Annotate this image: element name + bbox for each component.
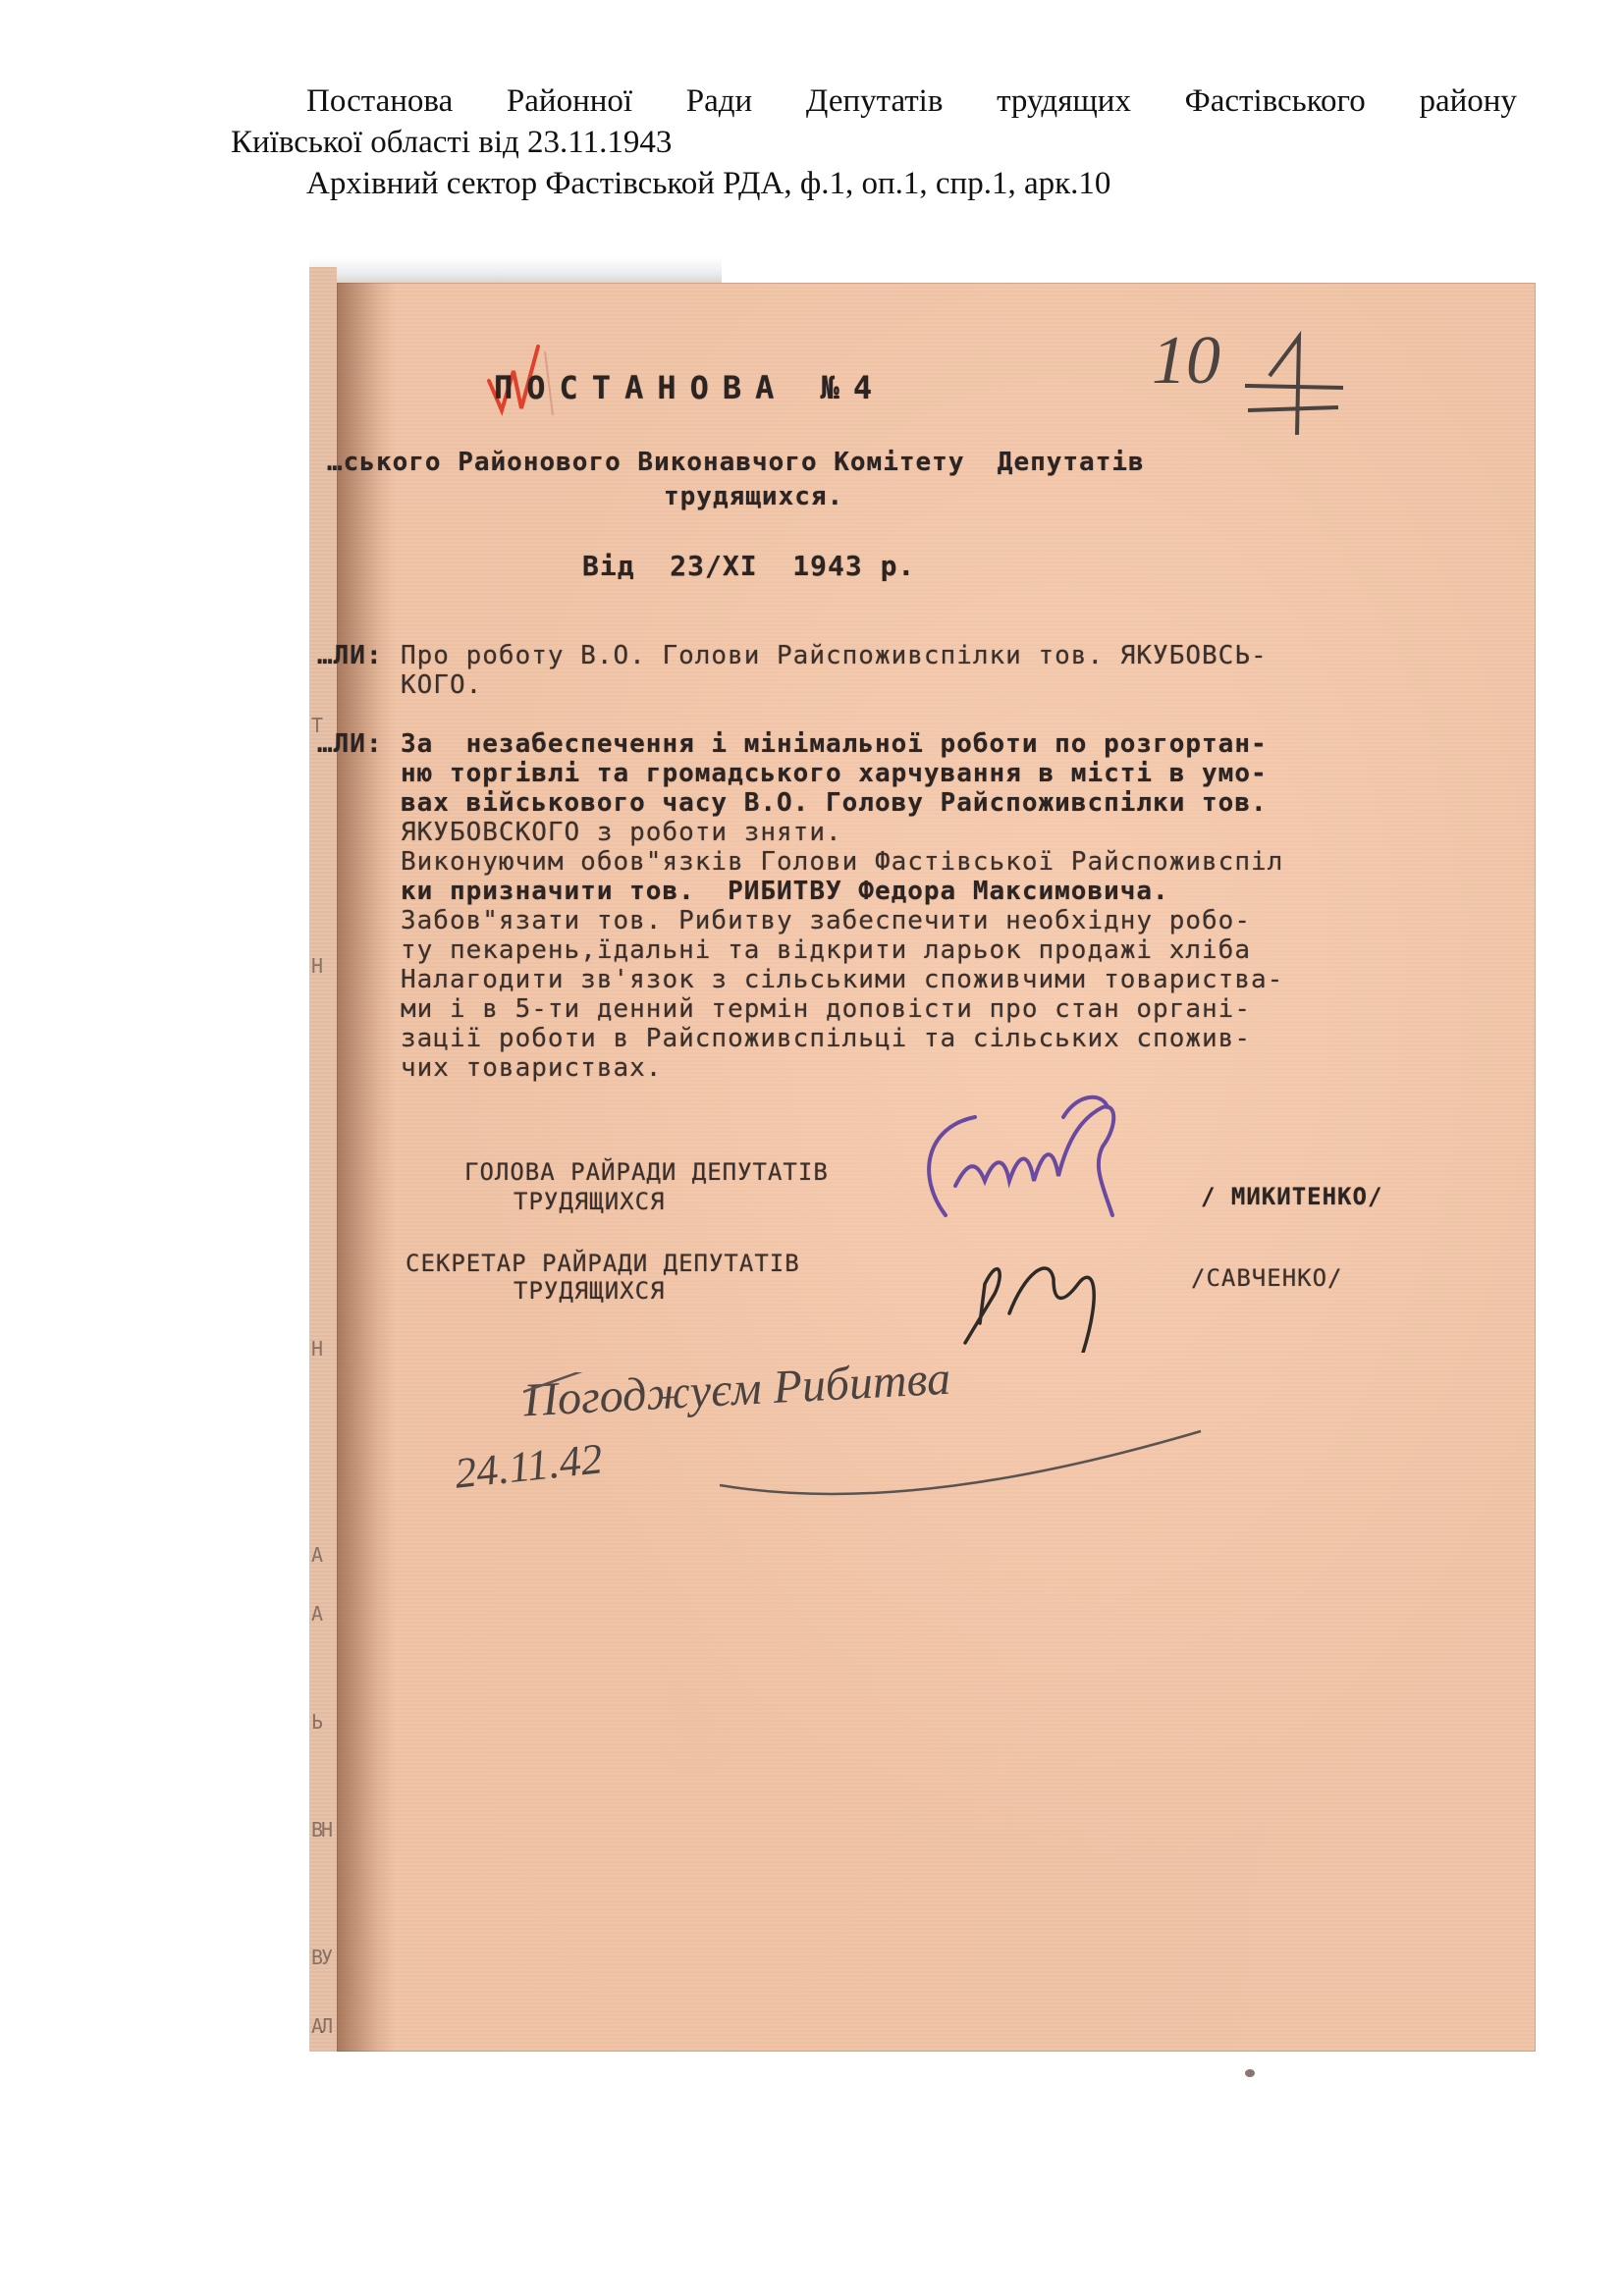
- bleed-text: Н: [311, 1337, 321, 1361]
- caption-word: Постанова: [306, 80, 453, 122]
- document-caption: Постанова Районної Ради Депутатів трудящ…: [231, 80, 1517, 204]
- document-date: Від 23/XI 1943 р.: [582, 550, 915, 582]
- bleed-text: А: [311, 1602, 321, 1626]
- heard-text-line-1: Про роботу В.О. Голови Райспоживспілки т…: [401, 641, 1268, 670]
- caption-word: трудящих: [997, 80, 1131, 122]
- adjacent-page-strip: Т Н Н А А Ь ВН ВУ АЛ: [309, 267, 337, 2052]
- resolved-label: …ЛИ:: [317, 729, 383, 759]
- resolution-line: вах військового часу В.О. Голову Райспож…: [401, 788, 1268, 818]
- issuer-line-2: трудящихся.: [664, 482, 843, 511]
- issuer-line-1: …ського Районового Виконавчого Комітету …: [327, 448, 1145, 477]
- caption-line-1: Постанова Районної Ради Депутатів трудящ…: [231, 80, 1517, 122]
- chair-signature-icon: [906, 1088, 1162, 1225]
- caption-word: Депутатів: [806, 80, 944, 122]
- caption-word: Ради: [686, 80, 752, 122]
- bleed-text: ВУ: [311, 1946, 331, 1969]
- heard-label: …ЛИ:: [317, 641, 383, 670]
- crossed-out-number-icon: [1240, 327, 1348, 445]
- caption-word: Фастівського: [1185, 80, 1366, 122]
- chair-name: / МИКИТЕНКО/: [1201, 1183, 1382, 1210]
- caption-word: Районної: [507, 80, 632, 122]
- resolution-line: ми і в 5-ти денний термін доповісти про …: [401, 994, 1251, 1024]
- bleed-text: АЛ: [311, 2014, 331, 2038]
- bleed-text: ВН: [311, 1818, 331, 1842]
- document-title: ПОСТАНОВА №4: [494, 369, 886, 406]
- resolution-line: чих товариствах.: [401, 1053, 662, 1083]
- secretary-title-line-2: ТРУДЯЩИХСЯ: [514, 1277, 666, 1305]
- binding-shadow: [337, 283, 396, 2052]
- bleed-text: Н: [311, 954, 321, 978]
- bleed-text: А: [311, 1543, 321, 1567]
- chair-title-line-2: ТРУДЯЩИХСЯ: [514, 1188, 666, 1215]
- chair-title-line-1: ГОЛОВА РАЙРАДИ ДЕПУТАТІВ: [464, 1158, 829, 1186]
- secretary-title-line-1: СЕКРЕТАР РАЙРАДИ ДЕПУТАТІВ: [406, 1250, 800, 1277]
- resolution-line: зації роботи в Райспоживспільці та сільс…: [401, 1024, 1251, 1053]
- resolution-line: Забов"язати тов. Рибитву забеспечити нео…: [401, 906, 1251, 935]
- scanned-document-image: Т Н Н А А Ь ВН ВУ АЛ 10 ПОСТАНОВА №4 …сь…: [295, 257, 1536, 2052]
- secretary-signature-icon: [955, 1235, 1132, 1353]
- archive-reference: Архівний сектор Фастівськой РДА, ф.1, оп…: [231, 163, 1517, 204]
- caption-line-2: Київської області від 23.11.1943: [231, 122, 1517, 163]
- handwritten-page-number: 10: [1152, 322, 1220, 400]
- resolution-line: ки призначити тов. РИБИТВУ Федора Максим…: [401, 877, 1169, 906]
- resolution-line: ЯКУБОВСКОГО з роботи зняти.: [401, 818, 842, 847]
- caption-word: району: [1419, 80, 1516, 122]
- pencil-underline-icon: [523, 1372, 1211, 1510]
- resolution-line: За незабеспечення і мінімальної роботи п…: [401, 729, 1268, 759]
- resolution-line: ту пекарень,їдальні та відкрити ларьок п…: [401, 935, 1251, 965]
- secretary-name: /САВЧЕНКО/: [1191, 1264, 1343, 1292]
- bleed-text: Ь: [311, 1710, 321, 1734]
- heard-text-line-2: КОГО.: [401, 670, 482, 700]
- resolution-line: Налагодити зв'язок з сільськими споживчи…: [401, 965, 1283, 994]
- ink-speck: [1245, 2069, 1255, 2077]
- paper-sheet: 10 ПОСТАНОВА №4 …ського Районового Викон…: [337, 283, 1536, 2052]
- resolution-line: ню торгівлі та громадського харчування в…: [401, 759, 1268, 788]
- scan-top-edge: [309, 257, 722, 285]
- resolution-line: Виконуючим обов"язків Голови Фастівської…: [401, 847, 1283, 877]
